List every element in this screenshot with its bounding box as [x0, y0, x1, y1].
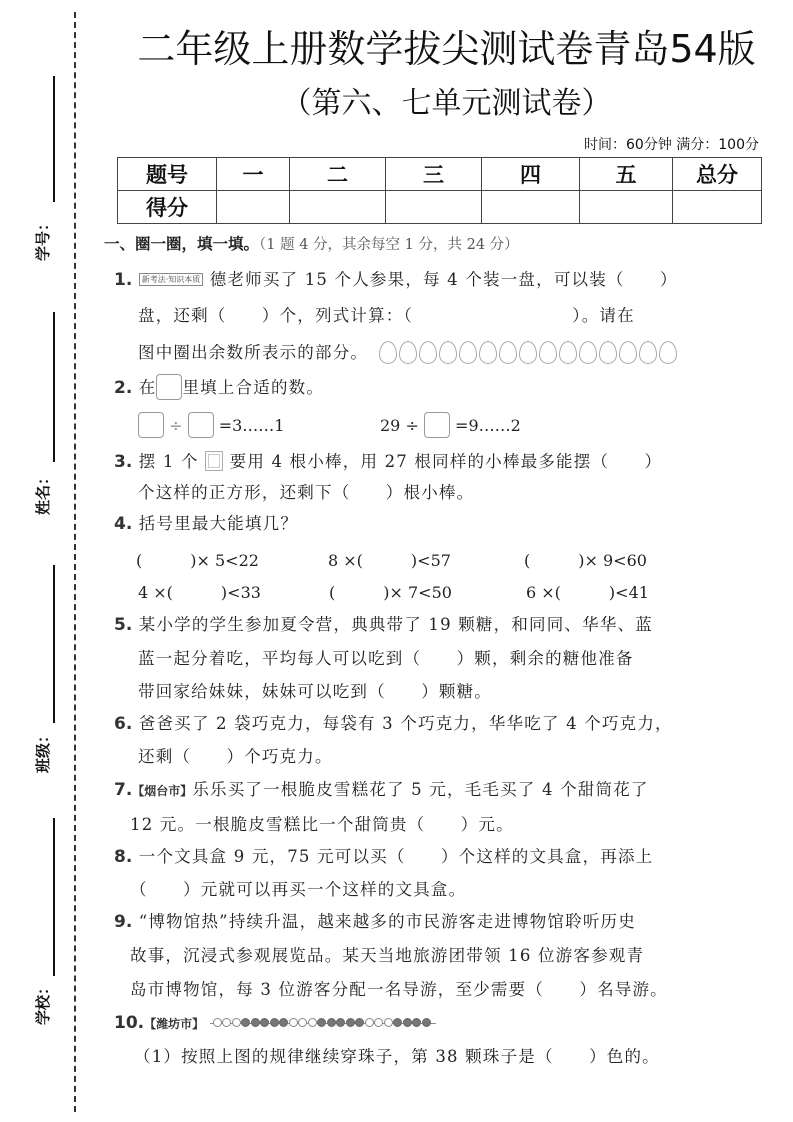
- question-text: 里填上合适的数。: [182, 378, 324, 397]
- score-input-cell[interactable]: [290, 191, 386, 224]
- question-number: 9.: [114, 912, 132, 932]
- egg-outline-icon[interactable]: [539, 341, 557, 364]
- question-1-line-3: 图中圈出余数所表示的部分。: [138, 341, 677, 364]
- egg-figure-group[interactable]: [379, 341, 677, 364]
- egg-outline-icon[interactable]: [439, 341, 457, 364]
- name-label: 姓名：: [23, 475, 73, 515]
- egg-outline-icon[interactable]: [619, 341, 637, 364]
- gray-bead-icon: [241, 1018, 250, 1027]
- question-text: 某小学的学生参加夏令营，典典带了 19 颗糖，和同同、华华、蓝: [139, 615, 653, 634]
- question-8-line-1: 8. 一个文具盒 9 元，75 元可以买（ ）个这样的文具盒，再添上: [114, 847, 653, 867]
- question-text: 要用 4 根小棒，用 27 根同样的小棒最多能摆（ ）: [230, 452, 663, 471]
- section-title: 一、圈一圈，填一填。: [104, 235, 259, 253]
- answer-box-icon: [156, 374, 182, 400]
- gray-bead-icon: [403, 1018, 412, 1027]
- question-3-line-1: 3. 摆 1 个 要用 4 根小棒，用 27 根同样的小棒最多能摆（ ）: [114, 451, 662, 472]
- question-number: 4.: [114, 514, 132, 534]
- name-write-line: [53, 312, 55, 462]
- expression-result: =9……2: [455, 416, 521, 435]
- egg-outline-icon[interactable]: [499, 341, 517, 364]
- inequality-expression[interactable]: ( )× 9<60: [524, 548, 647, 571]
- school-label: 学校：: [23, 985, 73, 1025]
- question-4-line-1: 4. 括号里最大能填几？: [114, 514, 298, 534]
- question-10-sub-1: （1）按照上图的规律继续穿珠子，第 38 颗珠子是（ ）色的。: [134, 1047, 660, 1067]
- question-5-line-3: 带回家给妹妹，妹妹可以吃到（ ）颗糖。: [138, 682, 492, 702]
- question-number: 10.: [114, 1013, 144, 1033]
- region-tag: 【潍坊市】: [144, 1017, 204, 1031]
- question-9-line-3: 岛市博物馆，每 3 位游客分配一名导游，至少需要（ ）名导游。: [130, 980, 668, 1000]
- student-id-label: 学号：: [23, 221, 73, 261]
- white-bead-icon: [222, 1018, 231, 1027]
- score-table-cell: 总分: [673, 158, 762, 191]
- gray-bead-icon: [251, 1018, 260, 1027]
- region-tag: 【烟台市】: [132, 784, 192, 798]
- question-9-line-2: 故事，沉浸式参观展览品。某天当地旅游团带领 16 位游客参观青: [130, 946, 644, 966]
- expression-dividend: 29 ÷: [380, 416, 419, 435]
- egg-outline-icon[interactable]: [579, 341, 597, 364]
- question-text: 摆 1 个: [139, 452, 199, 471]
- question-8-line-2: （ ）元就可以再买一个这样的文具盒。: [130, 880, 466, 900]
- egg-outline-icon[interactable]: [639, 341, 657, 364]
- white-bead-icon: [374, 1018, 383, 1027]
- score-table-cell: 一: [217, 158, 290, 191]
- class-label: 班级：: [23, 733, 73, 773]
- question-5-line-2: 蓝一起分着吃，平均每人可以吃到（ ）颗，剩余的糖他准备: [138, 649, 634, 669]
- egg-outline-icon[interactable]: [559, 341, 577, 364]
- answer-box[interactable]: [424, 412, 450, 438]
- question-text: 括号里最大能填几？: [139, 514, 298, 533]
- division-expression-1: ÷ =3……1: [138, 412, 284, 438]
- egg-outline-icon[interactable]: [379, 341, 397, 364]
- section-points-note: （1 题 4 分，其余每空 1 分，共 24 分）: [259, 237, 519, 253]
- question-number: 2.: [114, 378, 132, 398]
- question-number: 7.: [114, 780, 132, 800]
- score-table-header-row: 题号 一 二 三 四 五 总分: [118, 158, 762, 191]
- section-heading: 一、圈一圈，填一填。（1 题 4 分，其余每空 1 分，共 24 分）: [104, 232, 519, 254]
- gray-bead-icon: [279, 1018, 288, 1027]
- white-bead-icon: [232, 1018, 241, 1027]
- egg-outline-icon[interactable]: [419, 341, 437, 364]
- gray-bead-icon: [422, 1018, 431, 1027]
- egg-outline-icon[interactable]: [599, 341, 617, 364]
- egg-outline-icon[interactable]: [479, 341, 497, 364]
- inequality-expression[interactable]: 6 ×( )<41: [526, 580, 649, 603]
- page-title: 二年级上册数学拔尖测试卷青岛54版: [100, 18, 793, 73]
- white-bead-icon: [289, 1018, 298, 1027]
- student-id-write-line: [53, 76, 55, 202]
- score-table: 题号 一 二 三 四 五 总分 得分: [117, 157, 762, 224]
- white-bead-icon: [365, 1018, 374, 1027]
- gray-bead-icon: [412, 1018, 421, 1027]
- gray-bead-icon: [336, 1018, 345, 1027]
- question-number: 5.: [114, 615, 132, 635]
- question-text: 图中圈出余数所表示的部分。: [138, 343, 368, 362]
- question-9-line-1: 9. “博物馆热”持续升温，越来越多的市民游客走进博物馆聆听历史: [114, 912, 636, 932]
- white-bead-icon: [384, 1018, 393, 1027]
- score-table-score-row: 得分: [118, 191, 762, 224]
- score-table-cell: 二: [290, 158, 386, 191]
- expression-result: =3……1: [219, 416, 285, 435]
- question-1-line-1: 1. 新考法·知识本质 德老师买了 15 个人参果，每 4 个装一盘，可以装（ …: [114, 270, 678, 290]
- gray-bead-icon: [393, 1018, 402, 1027]
- egg-outline-icon[interactable]: [459, 341, 477, 364]
- question-10-line-1: 10.【潍坊市】: [114, 1013, 431, 1034]
- bead-string-figure: [213, 1018, 432, 1027]
- answer-box[interactable]: [138, 412, 164, 438]
- score-input-cell[interactable]: [673, 191, 762, 224]
- gray-bead-icon: [355, 1018, 364, 1027]
- question-2-line-1: 2. 在里填上合适的数。: [114, 374, 324, 400]
- inequality-expression[interactable]: ( )× 7<50: [329, 580, 452, 603]
- inequality-expression[interactable]: ( )× 5<22: [136, 548, 259, 571]
- class-write-line: [53, 565, 55, 723]
- question-7-line-1: 7.【烟台市】乐乐买了一根脆皮雪糕花了 5 元，毛毛买了 4 个甜筒花了: [114, 780, 649, 801]
- score-table-cell: 五: [580, 158, 673, 191]
- question-text: “博物馆热”持续升温，越来越多的市民游客走进博物馆聆听历史: [139, 912, 636, 931]
- egg-outline-icon[interactable]: [519, 341, 537, 364]
- egg-outline-icon[interactable]: [399, 341, 417, 364]
- question-number: 6.: [114, 714, 132, 734]
- question-text: 一个文具盒 9 元，75 元可以买（ ）个这样的文具盒，再添上: [139, 847, 654, 866]
- gray-bead-icon: [317, 1018, 326, 1027]
- score-table-cell: 四: [482, 158, 580, 191]
- question-6-line-2: 还剩（ ）个巧克力。: [138, 747, 333, 767]
- question-7-line-2: 12 元。一根脆皮雪糕比一个甜筒贵（ ）元。: [130, 815, 514, 835]
- exam-time-and-score: 时间：60分钟 满分：100分: [584, 134, 759, 154]
- question-text: 在: [139, 378, 157, 397]
- score-input-cell[interactable]: [217, 191, 290, 224]
- answer-box[interactable]: [188, 412, 214, 438]
- question-text: 德老师买了 15 个人参果，每 4 个装一盘，可以装（ ）: [210, 270, 678, 289]
- question-1-line-2: 盘，还剩（ ）个，列式计算：（ ）。请在: [138, 306, 635, 326]
- school-write-line: [53, 818, 55, 976]
- score-input-cell[interactable]: [386, 191, 482, 224]
- gray-bead-icon: [327, 1018, 336, 1027]
- question-3-line-2: 个这样的正方形，还剩下（ ）根小棒。: [138, 483, 474, 503]
- question-tag: 新考法·知识本质: [139, 273, 204, 286]
- question-text: 爸爸买了 2 袋巧克力，每袋有 3 个巧克力，华华吃了 4 个巧克力，: [139, 714, 673, 733]
- question-number: 3.: [114, 452, 132, 472]
- binding-dashed-line: [74, 12, 76, 1112]
- division-expression-2: 29 ÷ =9……2: [380, 412, 521, 438]
- divide-sign: ÷: [169, 416, 182, 435]
- score-table-cell: 题号: [118, 158, 217, 191]
- inequality-expression[interactable]: 4 ×( )<33: [138, 580, 261, 603]
- gray-bead-icon: [260, 1018, 269, 1027]
- white-bead-icon: [298, 1018, 307, 1027]
- egg-outline-icon[interactable]: [659, 341, 677, 364]
- gray-bead-icon: [270, 1018, 279, 1027]
- question-5-line-1: 5. 某小学的学生参加夏令营，典典带了 19 颗糖，和同同、华华、蓝: [114, 615, 653, 635]
- white-bead-icon: [213, 1018, 222, 1027]
- page-subtitle: （第六、七单元测试卷）: [100, 78, 793, 122]
- score-table-cell: 三: [386, 158, 482, 191]
- question-number: 8.: [114, 847, 132, 867]
- score-input-cell[interactable]: [482, 191, 580, 224]
- question-number: 1.: [114, 270, 132, 290]
- square-figure-icon: [205, 451, 223, 471]
- gray-bead-icon: [346, 1018, 355, 1027]
- question-6-line-1: 6. 爸爸买了 2 袋巧克力，每袋有 3 个巧克力，华华吃了 4 个巧克力，: [114, 714, 673, 734]
- inequality-expression[interactable]: 8 ×( )<57: [328, 548, 451, 571]
- score-table-cell: 得分: [118, 191, 217, 224]
- white-bead-icon: [308, 1018, 317, 1027]
- question-text: 乐乐买了一根脆皮雪糕花了 5 元，毛毛买了 4 个甜筒花了: [192, 780, 648, 799]
- score-input-cell[interactable]: [580, 191, 673, 224]
